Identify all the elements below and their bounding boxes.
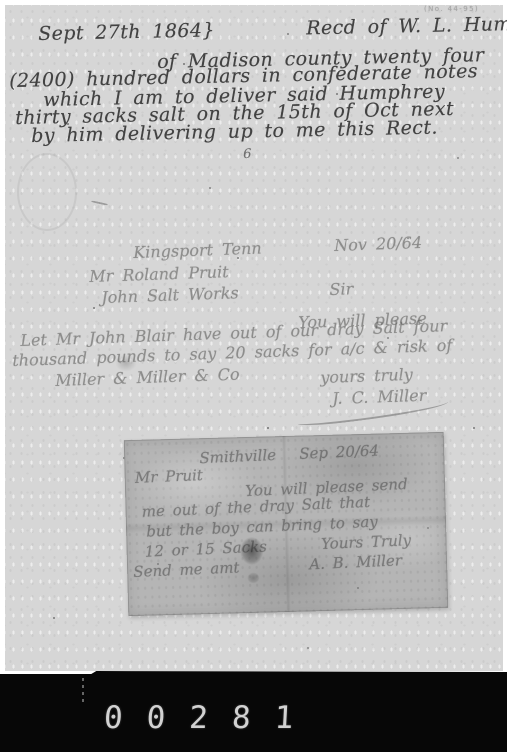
inset-note: Smithville Sep 20/64 Mr Pruit You will p… [124, 432, 448, 616]
frame-counter: 00281 [103, 700, 318, 736]
corner-mark: (No. 44-95) [424, 5, 479, 13]
note-dateline: Smithville Sep 20/64 [199, 442, 379, 466]
receipt-stray-mark: 6 [243, 148, 252, 162]
receipt-line: Sept 27th 1864} Recd of W. L. Humphrey [38, 13, 507, 45]
letter-addressee: Mr Roland Pruit [89, 263, 229, 285]
ink-blot [245, 571, 261, 585]
paper: (No. 44-95) Sept 27th 1864} Recd of W. L… [5, 5, 503, 671]
paper-smudge [111, 351, 141, 375]
letter-body-line: Miller & Miller & Co [55, 366, 240, 390]
film-tick-mark [82, 678, 84, 705]
pencil-dash-mark [91, 200, 108, 205]
letter-dateline: Kingsport Tenn Nov 20/64 [133, 234, 422, 262]
paper-smudge [17, 153, 77, 231]
film-strip: 00281 [0, 671, 507, 752]
paper-specks [5, 5, 7, 7]
letter-closing: yours truly [320, 366, 413, 387]
note-addressee: Mr Pruit [135, 467, 204, 486]
scan-page: (No. 44-95) Sept 27th 1864} Recd of W. L… [0, 0, 507, 752]
